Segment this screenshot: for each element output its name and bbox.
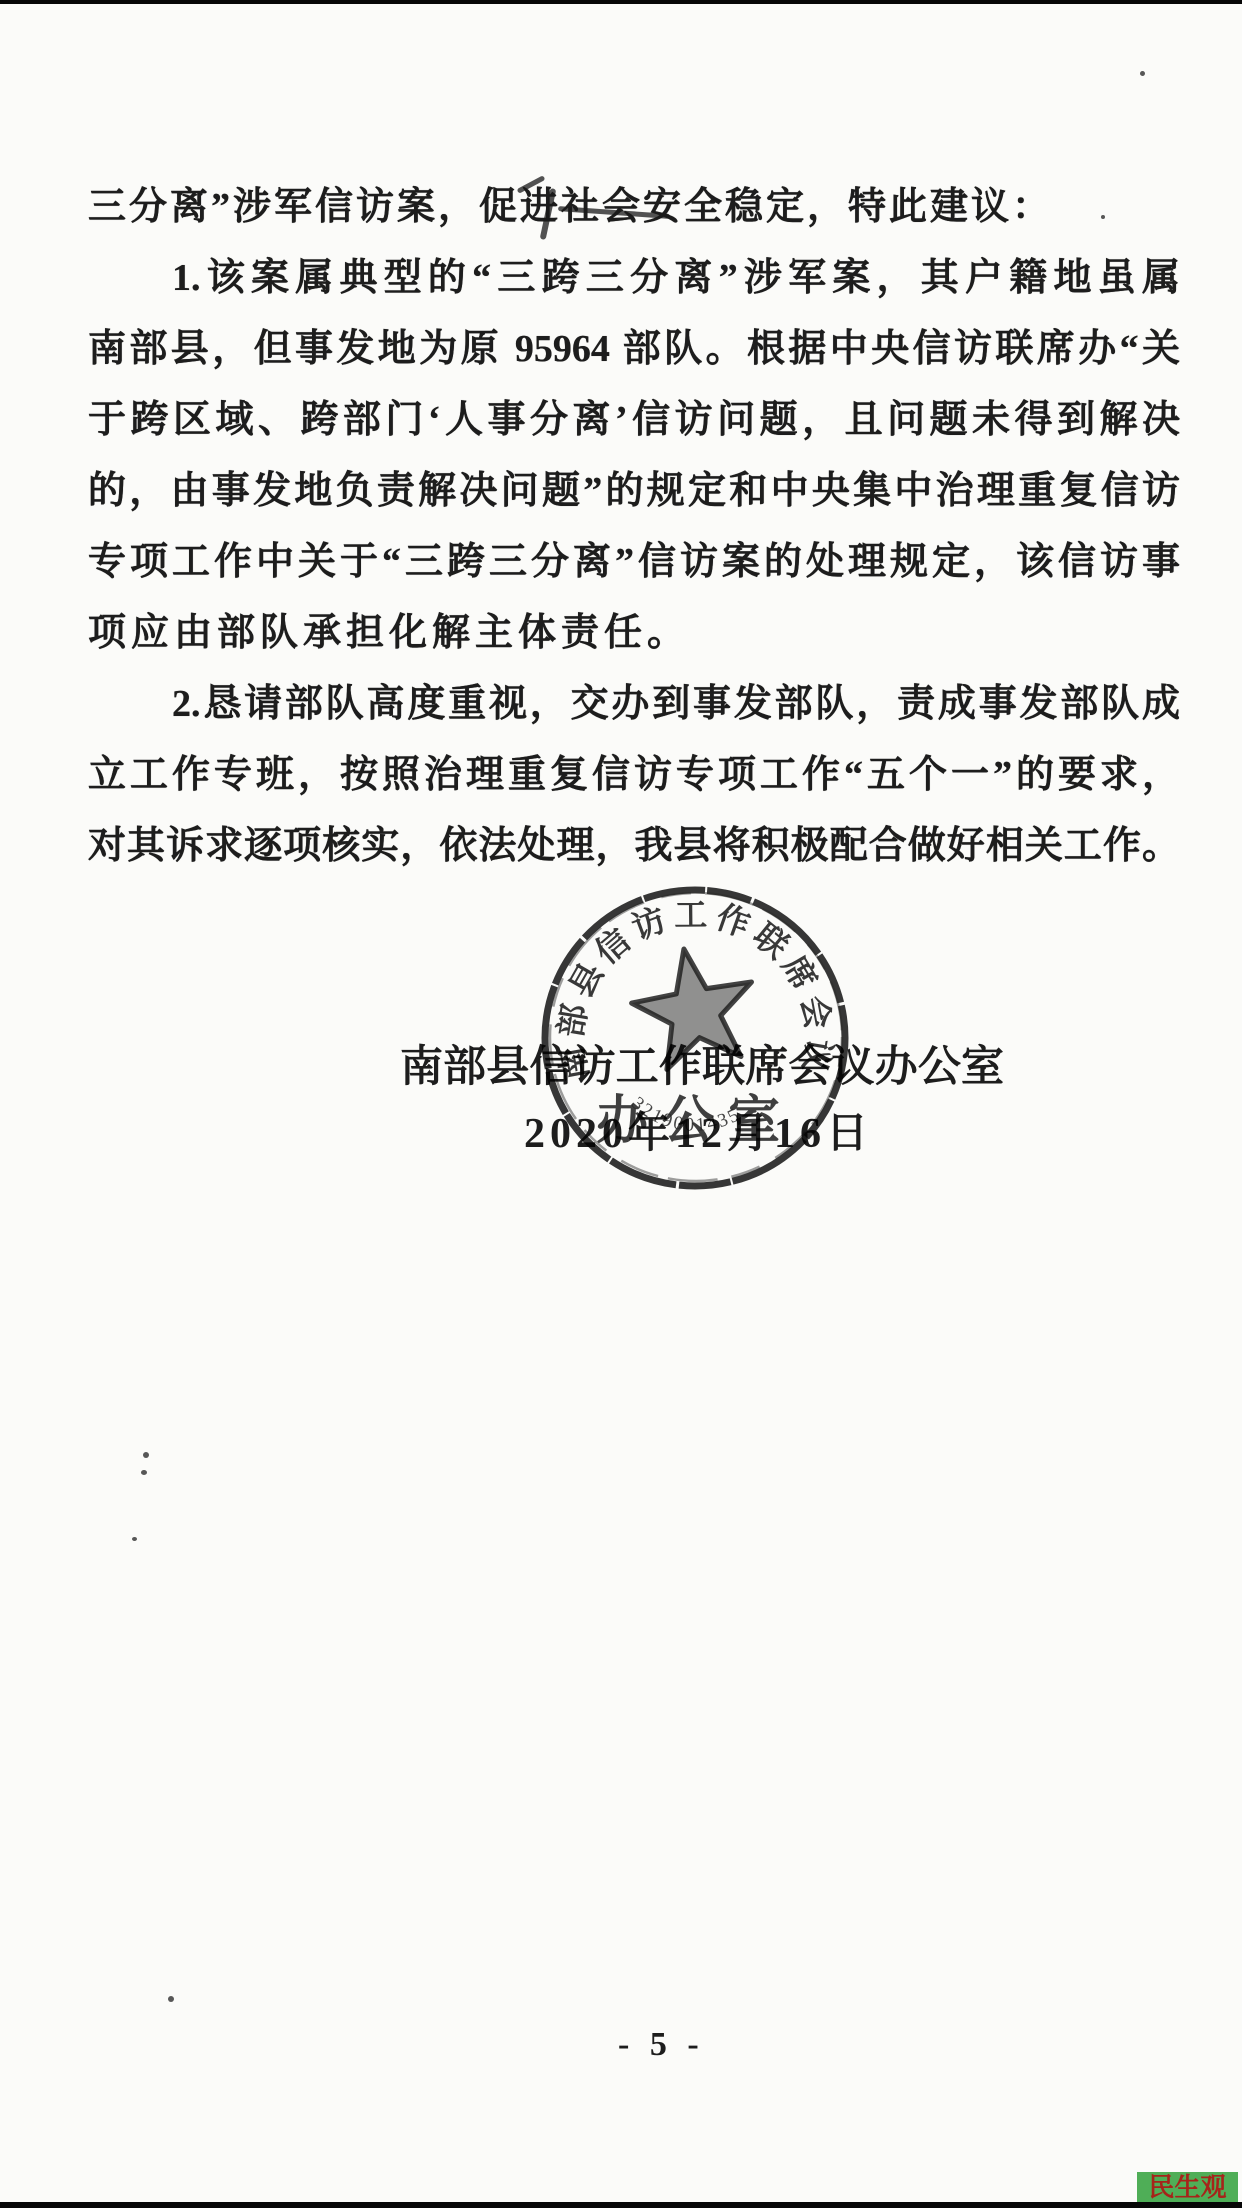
scan-noise-dot	[143, 1452, 149, 1458]
body-line: 于跨区域、跨部门‘人事分离’信访问题，且问题未得到解决	[88, 385, 1180, 456]
scan-noise-dot	[168, 1996, 174, 2002]
body-line: 项应由部队承担化解主体责任。	[88, 598, 1180, 669]
scan-noise-dot	[132, 1537, 137, 1541]
star-icon	[632, 949, 752, 1070]
scanned-document-page: 三分离”涉军信访案，促进社会安全稳定，特此建议： 1.该案属典型的“三跨三分离”…	[0, 0, 1242, 2208]
body-line: 2.恳请部队高度重视，交办到事发部队，责成事发部队成	[88, 669, 1180, 740]
body-line: 的，由事发地负责解决问题”的规定和中央集中治理重复信访	[88, 456, 1180, 527]
document-body: 三分离”涉军信访案，促进社会安全稳定，特此建议： 1.该案属典型的“三跨三分离”…	[88, 172, 1180, 882]
body-line: 1.该案属典型的“三跨三分离”涉军案，其户籍地虽属	[88, 243, 1180, 314]
official-seal-stamp: 南部县信访工作联席会议 办公室 3219001435	[520, 860, 880, 1220]
scan-noise-dot	[1140, 71, 1145, 76]
scan-edge-bottom	[0, 2202, 1242, 2208]
scan-noise-dot	[141, 1470, 147, 1475]
page-number: - 5 -	[618, 2026, 705, 2064]
body-line: 南部县，但事发地为原 95964 部队。根据中央信访联席办“关	[88, 314, 1180, 385]
scan-edge-top	[0, 0, 1242, 4]
body-line: 专项工作中关于“三跨三分离”信访案的处理规定，该信访事	[88, 527, 1180, 598]
watermark-badge: 民生观察	[1137, 2172, 1238, 2202]
body-line: 立工作专班，按照治理重复信访专项工作“五个一”的要求，	[88, 740, 1180, 811]
scan-noise-dot	[1101, 215, 1105, 219]
body-line: 三分离”涉军信访案，促进社会安全稳定，特此建议：	[88, 172, 1180, 243]
